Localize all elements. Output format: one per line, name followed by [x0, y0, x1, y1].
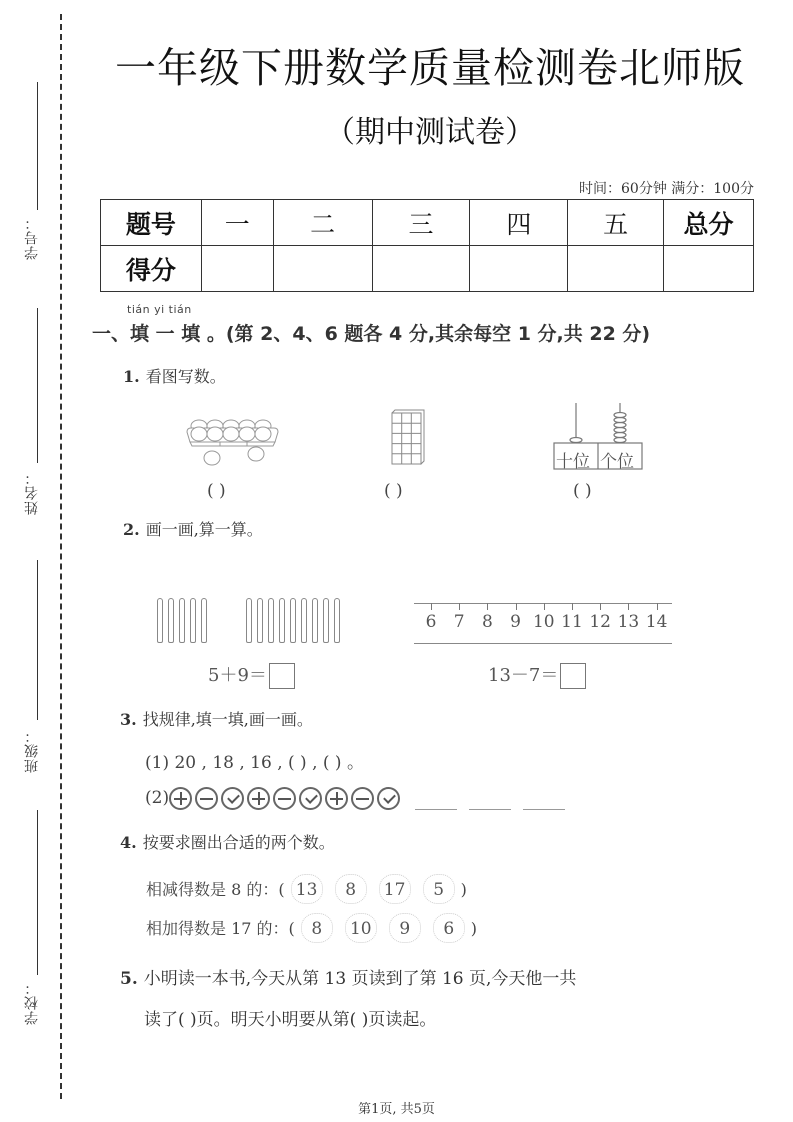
page-number: 第1页, 共5页 — [0, 1098, 793, 1117]
number-line-tick — [572, 603, 573, 610]
counting-stick-icon — [157, 598, 163, 643]
score-table-score-row: 得分 — [101, 246, 754, 292]
number-flower[interactable]: 9 — [389, 913, 421, 943]
plus-circle-icon — [325, 787, 348, 810]
header-cell-2: 二 — [273, 200, 372, 246]
time-score-info: 时间：60分钟 满分：100分 — [480, 178, 754, 198]
plus-circle-icon — [169, 787, 192, 810]
number-flower[interactable]: 17 — [379, 874, 411, 904]
number-line-label: 9 — [510, 612, 521, 632]
number-line-label: 13 — [618, 612, 640, 632]
question-3: 3.找规律,填一填,画一画。 — [120, 707, 313, 730]
margin-field-line[interactable] — [37, 82, 38, 210]
symbol-pattern — [169, 788, 403, 808]
number-line-label: 8 — [482, 612, 493, 632]
number-line-tick — [516, 603, 517, 610]
plus-circle-icon — [247, 787, 270, 810]
q4-row-add: 相加得数是 17 的：(81096) — [146, 913, 477, 943]
counting-stick-icon — [334, 598, 340, 643]
margin-field-label: 学号： — [22, 215, 52, 260]
number-flower[interactable]: 5 — [423, 874, 455, 904]
answer-box-sub[interactable] — [560, 663, 586, 689]
number-line-label: 12 — [589, 612, 611, 632]
counting-stick-icon — [179, 598, 185, 643]
q4-row2-label: 相加得数是 17 的：( — [146, 919, 295, 938]
question-2: 2.画一画,算一算。 — [123, 517, 263, 540]
header-cell-5: 五 — [568, 200, 664, 246]
section-pinyin: tián yi tián — [127, 303, 192, 316]
equation-add-text: 5＋9＝ — [208, 665, 267, 686]
question-text-line1: 小明读一本书,今天从第 13 页读到了第 16 页,今天他一共 — [144, 969, 577, 989]
number-flower[interactable]: 10 — [345, 913, 377, 943]
binding-dashed-line — [60, 14, 62, 1099]
q3-part2: (2) — [145, 787, 565, 810]
egg-tray-icon — [185, 418, 280, 468]
number-line-tick — [544, 603, 545, 610]
abacus-ones-label: 个位 — [600, 447, 634, 472]
question-number: 4. — [120, 833, 137, 852]
margin-field-label: 学校： — [22, 980, 52, 1025]
question-5-line2[interactable]: 读了( )页。明天小明要从第( )页读起。 — [144, 1005, 436, 1030]
score-table: 题号 一 二 三 四 五 总分 得分 — [100, 199, 754, 292]
question-text: 找规律,填一填,画一画。 — [143, 710, 313, 729]
number-line-label: 11 — [561, 612, 583, 632]
equation-sub-text: 13－7＝ — [488, 665, 558, 686]
minus-circle-icon — [351, 787, 374, 810]
check-circle-icon — [221, 787, 244, 810]
question-number: 5. — [120, 969, 138, 989]
counting-stick-icon — [190, 598, 196, 643]
score-cell-1[interactable] — [201, 246, 273, 292]
answer-box-add[interactable] — [269, 663, 295, 689]
number-line-tick — [459, 603, 460, 610]
number-line-tick — [657, 603, 658, 610]
abacus-tens-label: 十位 — [556, 447, 590, 472]
number-flower[interactable]: 8 — [335, 874, 367, 904]
margin-field-label: 姓名： — [22, 470, 52, 515]
number-flower[interactable]: 6 — [433, 913, 465, 943]
header-cell-3: 三 — [372, 200, 470, 246]
question-number: 3. — [120, 710, 137, 729]
number-line-tick — [628, 603, 629, 610]
number-line-label: 6 — [426, 612, 437, 632]
counting-stick-icon — [257, 598, 263, 643]
q4-row1-label: 相减得数是 8 的：( — [146, 880, 285, 899]
number-line-tick — [431, 603, 432, 610]
score-cell-4[interactable] — [470, 246, 568, 292]
number-line-label: 14 — [646, 612, 668, 632]
counting-stick-icon — [323, 598, 329, 643]
score-cell-total[interactable] — [664, 246, 754, 292]
page-title: 一年级下册数学质量检测卷北师版 — [100, 35, 760, 94]
counting-stick-icon — [301, 598, 307, 643]
score-cell-2[interactable] — [273, 246, 372, 292]
minus-circle-icon — [195, 787, 218, 810]
counting-stick-icon — [268, 598, 274, 643]
counting-stick-icon — [279, 598, 285, 643]
number-line-bottom — [414, 643, 672, 644]
score-table-header-row: 题号 一 二 三 四 五 总分 — [101, 200, 754, 246]
score-cell-label: 得分 — [101, 246, 202, 292]
number-line-label: 10 — [533, 612, 555, 632]
margin-field-line[interactable] — [37, 560, 38, 720]
q3-part2-label: (2) — [145, 788, 169, 808]
q4-row-subtract: 相减得数是 8 的：(138175) — [146, 874, 467, 904]
symbol-blank[interactable] — [469, 792, 511, 810]
number-line-label: 7 — [454, 612, 465, 632]
margin-field-label: 班级： — [22, 728, 52, 773]
check-circle-icon — [299, 787, 322, 810]
minus-circle-icon — [273, 787, 296, 810]
margin-field-line[interactable] — [37, 810, 38, 975]
counting-stick-icon — [201, 598, 207, 643]
symbol-blank[interactable] — [415, 792, 457, 810]
question-5: 5.小明读一本书,今天从第 13 页读到了第 16 页,今天他一共 — [120, 964, 576, 989]
header-cell-4: 四 — [470, 200, 568, 246]
question-number: 1. — [123, 367, 140, 386]
question-text: 看图写数。 — [146, 367, 226, 386]
header-cell-1: 一 — [201, 200, 273, 246]
counting-stick-icon — [312, 598, 318, 643]
number-flower[interactable]: 13 — [291, 874, 323, 904]
margin-field-line[interactable] — [37, 308, 38, 463]
question-number: 2. — [123, 520, 140, 539]
score-cell-3[interactable] — [372, 246, 470, 292]
page-subtitle: （期中测试卷） — [300, 107, 560, 151]
score-cell-5[interactable] — [568, 246, 664, 292]
question-1: 1.看图写数。 — [123, 364, 226, 387]
cube-block-icon — [392, 410, 424, 465]
number-line-tick — [600, 603, 601, 610]
counting-stick-icon — [168, 598, 174, 643]
answer-blank-abacus[interactable]: ( ) — [573, 481, 592, 501]
question-text: 画一画,算一算。 — [146, 520, 263, 539]
equation-sub: 13－7＝ — [488, 661, 586, 689]
counting-stick-icon — [246, 598, 252, 643]
number-line-tick — [487, 603, 488, 610]
equation-add: 5＋9＝ — [208, 661, 295, 689]
check-circle-icon — [377, 787, 400, 810]
question-text: 按要求圈出合适的两个数。 — [143, 833, 335, 852]
q3-part1[interactable]: (1) 20 , 18 , 16 , ( ) , ( ) 。 — [145, 748, 364, 773]
symbol-blank[interactable] — [523, 792, 565, 810]
section-title: 一、填 一 填 。(第 2、4、6 题各 4 分,其余每空 1 分,共 22 分… — [92, 319, 650, 346]
number-flower[interactable]: 8 — [301, 913, 333, 943]
header-cell-total: 总分 — [664, 200, 754, 246]
counting-stick-icon — [290, 598, 296, 643]
answer-blank-cubes[interactable]: ( ) — [384, 481, 403, 501]
header-cell-label: 题号 — [101, 200, 202, 246]
question-4: 4.按要求圈出合适的两个数。 — [120, 830, 335, 853]
answer-blank-eggs[interactable]: ( ) — [207, 481, 226, 501]
symbol-blanks[interactable] — [403, 788, 565, 808]
